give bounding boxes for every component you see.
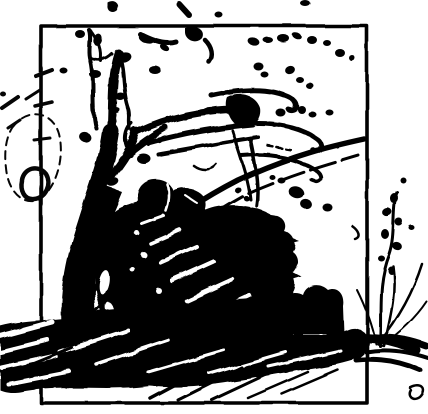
ink-illustration-page: Figure resting beneath a windswept tree <box>0 0 428 414</box>
ink-illustration: Figure resting beneath a windswept tree <box>0 0 428 414</box>
scribble-loop <box>0 70 61 201</box>
grass-tuft <box>352 177 428 358</box>
